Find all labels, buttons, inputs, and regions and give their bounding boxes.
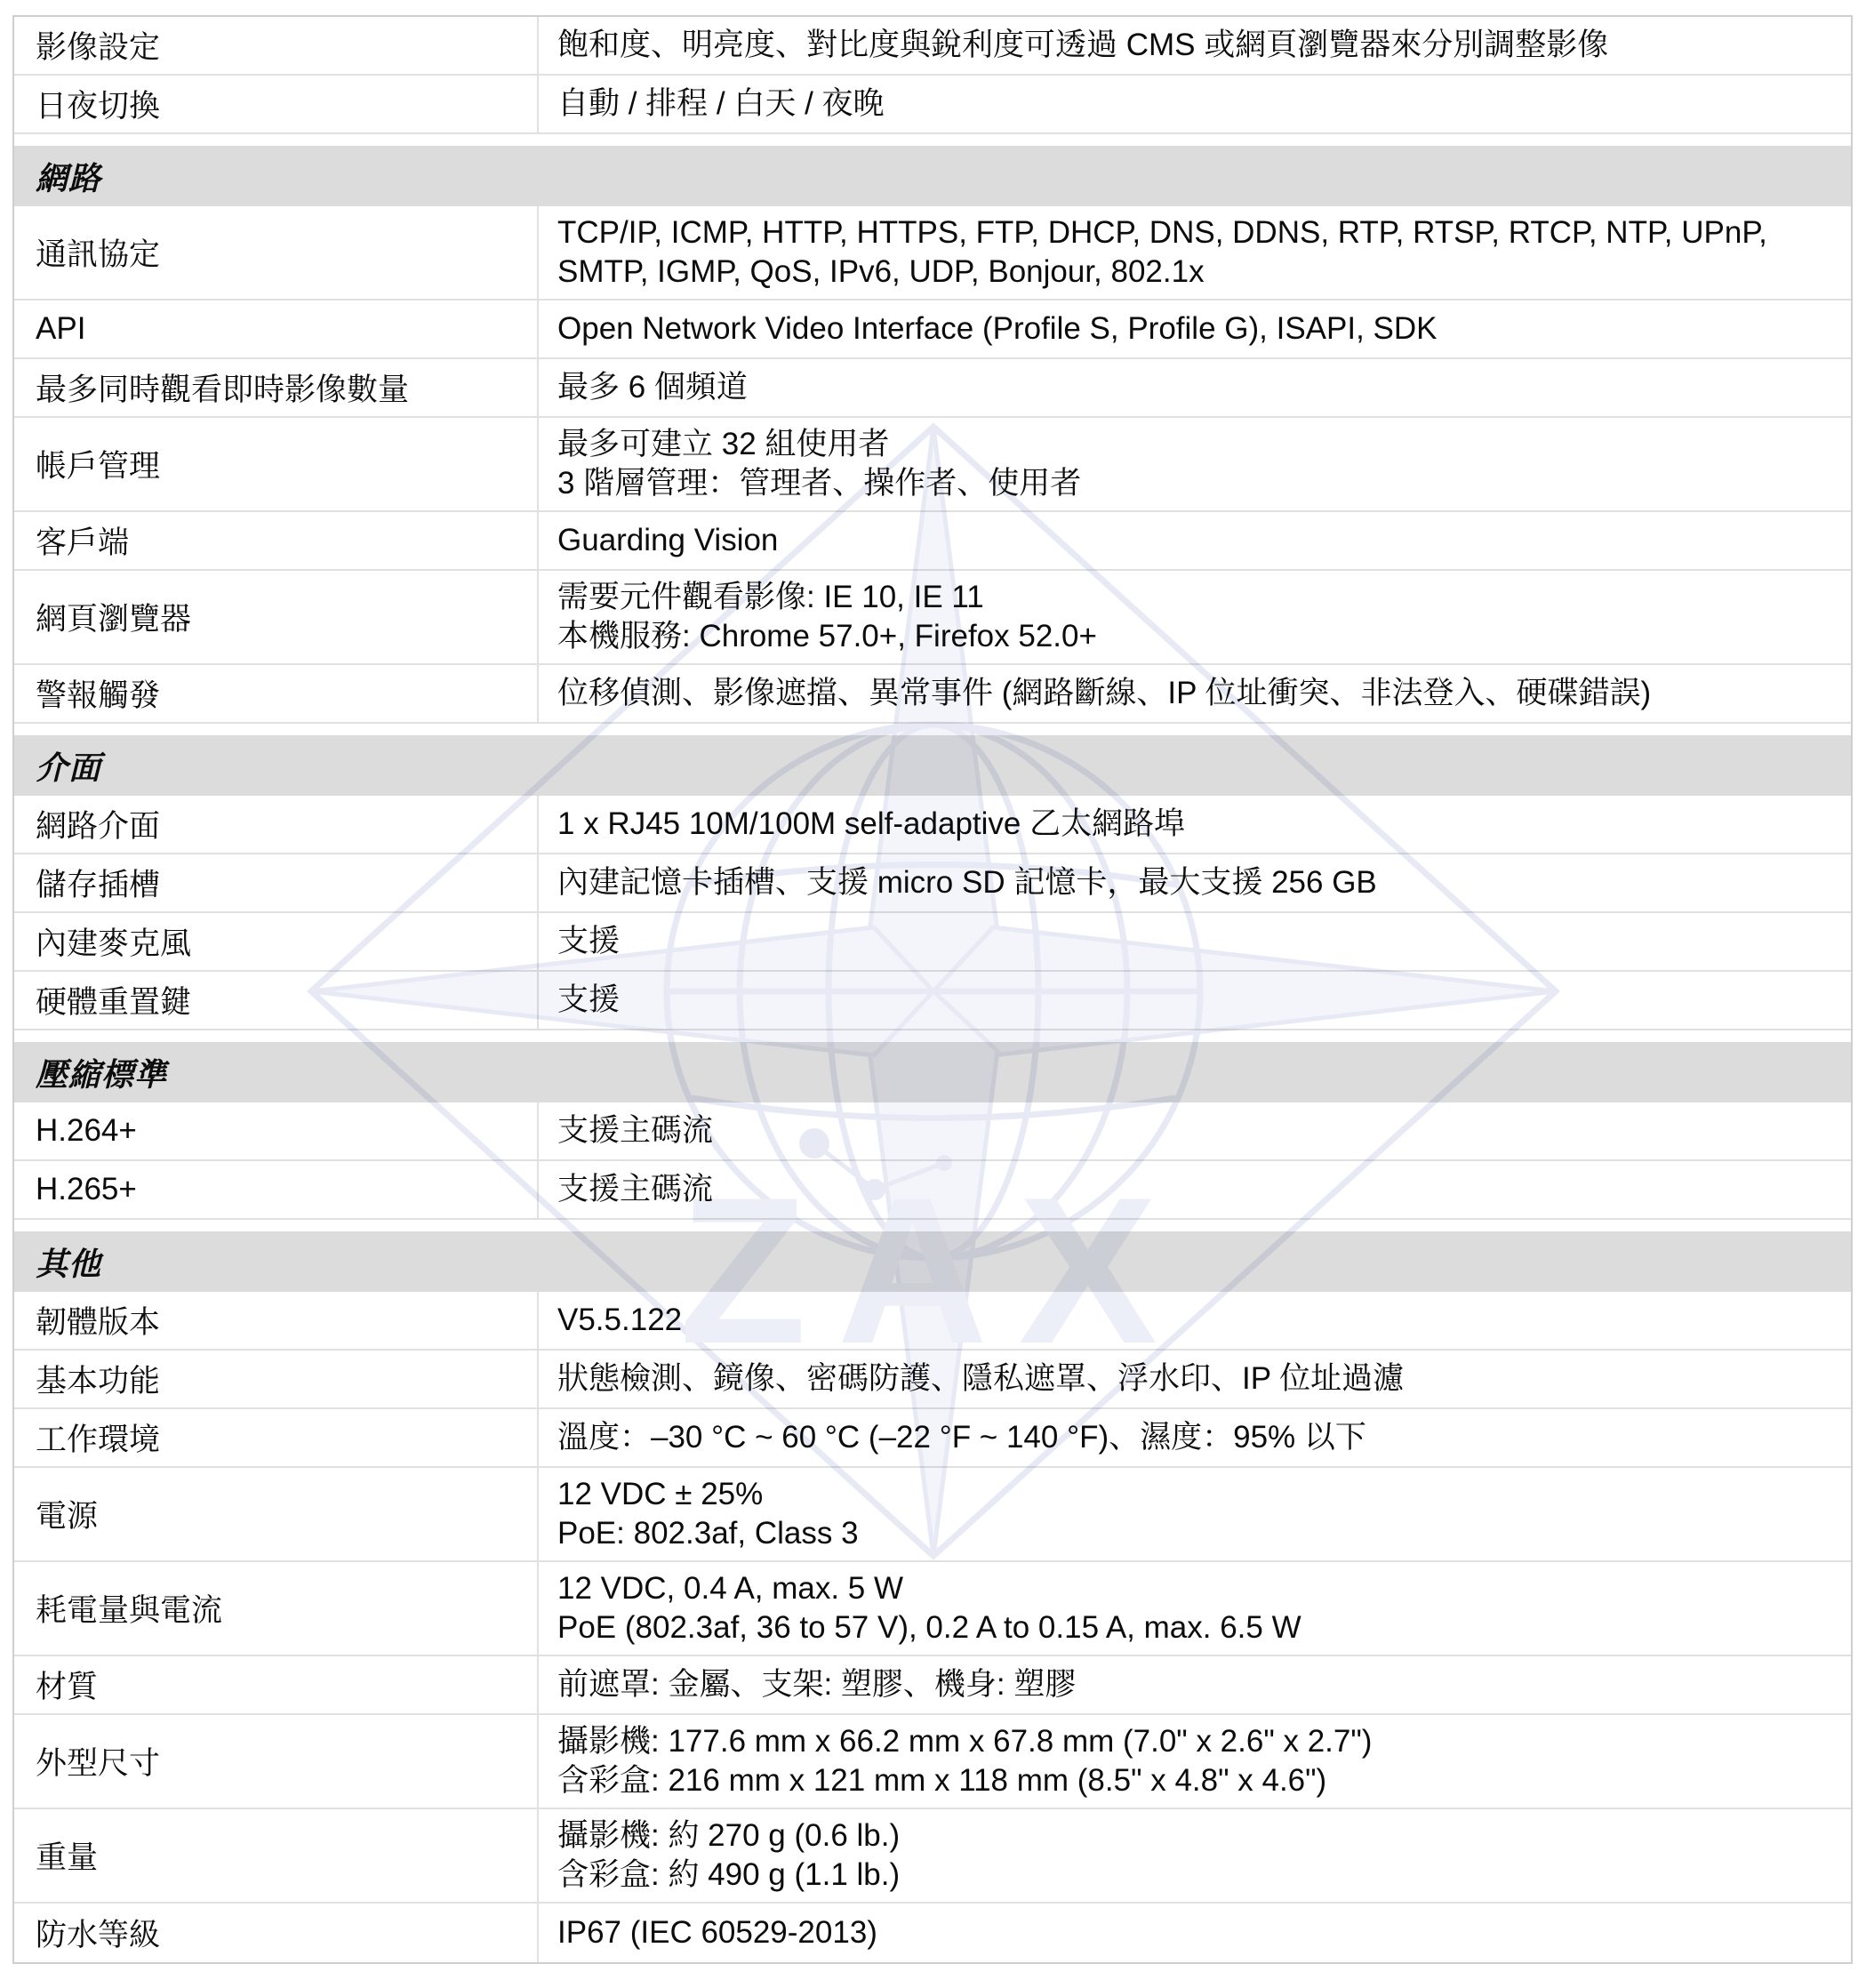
spec-value-line: 最多可建立 32 組使用者 [557, 425, 1851, 464]
spec-value-line: 12 VDC, 0.4 A, max. 5 W [557, 1569, 1851, 1608]
spec-value: 狀態檢測、鏡像、密碼防護、隱私遮罩、浮水印、IP 位址過濾 [539, 1351, 1851, 1407]
spec-value: Open Network Video Interface (Profile S,… [539, 301, 1851, 357]
table-row: APIOpen Network Video Interface (Profile… [14, 301, 1851, 359]
spec-value-line: 最多 6 個頻道 [557, 368, 1851, 407]
spec-label: 防水等級 [14, 1904, 539, 1962]
table-row: 耗電量與電流12 VDC, 0.4 A, max. 5 WPoE (802.3a… [14, 1562, 1851, 1656]
spec-value: 溫度：–30 °C ~ 60 °C (–22 °F ~ 140 °F)、濕度：9… [539, 1409, 1851, 1466]
table-row: 電源12 VDC ± 25%PoE: 802.3af, Class 3 [14, 1468, 1851, 1562]
table-row: 重量攝影機: 約 270 g (0.6 lb.)含彩盒: 約 490 g (1.… [14, 1809, 1851, 1904]
spec-label: 韌體版本 [14, 1292, 539, 1349]
spec-value: 攝影機: 177.6 mm x 66.2 mm x 67.8 mm (7.0" … [539, 1715, 1851, 1808]
table-row: 防水等級IP67 (IEC 60529-2013) [14, 1904, 1851, 1962]
spec-value-line: 12 VDC ± 25% [557, 1475, 1851, 1514]
spec-table: 影像設定飽和度、明亮度、對比度與銳利度可透過 CMS 或網頁瀏覽器來分別調整影像… [12, 15, 1853, 1964]
spec-value: IP67 (IEC 60529-2013) [539, 1904, 1851, 1962]
table-row: 帳戶管理最多可建立 32 組使用者3 階層管理：管理者、操作者、使用者 [14, 418, 1851, 512]
spec-value-line: PoE (802.3af, 36 to 57 V), 0.2 A to 0.15… [557, 1608, 1851, 1647]
section-header: 網路 [14, 146, 1851, 206]
table-row: 內建麥克風支援 [14, 913, 1851, 972]
spec-label: 電源 [14, 1468, 539, 1560]
spec-label: 硬體重置鍵 [14, 972, 539, 1029]
spec-value: 支援主碼流 [539, 1161, 1851, 1218]
spec-label: 網路介面 [14, 796, 539, 853]
spec-value-line: 支援主碼流 [557, 1170, 1851, 1209]
spec-value-line: 含彩盒: 約 490 g (1.1 lb.) [557, 1856, 1851, 1895]
spec-value: Guarding Vision [539, 512, 1851, 569]
table-row: 日夜切換自動 / 排程 / 白天 / 夜晚 [14, 76, 1851, 134]
spec-value: 攝影機: 約 270 g (0.6 lb.)含彩盒: 約 490 g (1.1 … [539, 1809, 1851, 1902]
spec-value: 位移偵測、影像遮擋、異常事件 (網路斷線、IP 位址衝突、非法登入、硬碟錯誤) [539, 665, 1851, 722]
spec-value: 內建記憶卡插槽、支援 micro SD 記憶卡，最大支援 256 GB [539, 854, 1851, 911]
spec-value-line: 位移偵測、影像遮擋、異常事件 (網路斷線、IP 位址衝突、非法登入、硬碟錯誤) [557, 674, 1851, 713]
spec-value-line: 飽和度、明亮度、對比度與銳利度可透過 CMS 或網頁瀏覽器來分別調整影像 [557, 26, 1851, 65]
spec-value-line: 支援主碼流 [557, 1111, 1851, 1150]
table-row: 網頁瀏覽器需要元件觀看影像: IE 10, IE 11本機服務: Chrome … [14, 571, 1851, 665]
table-row: 警報觸發位移偵測、影像遮擋、異常事件 (網路斷線、IP 位址衝突、非法登入、硬碟… [14, 665, 1851, 724]
spec-label: 通訊協定 [14, 206, 539, 299]
spec-label: 基本功能 [14, 1351, 539, 1407]
spec-label: H.264+ [14, 1102, 539, 1159]
spec-label: 耗電量與電流 [14, 1562, 539, 1655]
spec-value: 飽和度、明亮度、對比度與銳利度可透過 CMS 或網頁瀏覽器來分別調整影像 [539, 17, 1851, 74]
table-row: 客戶端Guarding Vision [14, 512, 1851, 571]
spec-label: 工作環境 [14, 1409, 539, 1466]
spec-value: 最多可建立 32 組使用者3 階層管理：管理者、操作者、使用者 [539, 418, 1851, 510]
spec-value-line: PoE: 802.3af, Class 3 [557, 1514, 1851, 1553]
spec-label: 重量 [14, 1809, 539, 1902]
spec-label: 網頁瀏覽器 [14, 571, 539, 663]
spec-label: 帳戶管理 [14, 418, 539, 510]
spec-value-line: 本機服務: Chrome 57.0+, Firefox 52.0+ [557, 617, 1851, 656]
section-header: 壓縮標準 [14, 1042, 1851, 1102]
spec-value-line: 前遮罩: 金屬、支架: 塑膠、機身: 塑膠 [557, 1665, 1851, 1704]
spec-value-line: 3 階層管理：管理者、操作者、使用者 [557, 464, 1851, 503]
spec-value-line: 支援 [557, 922, 1851, 961]
spec-value: 前遮罩: 金屬、支架: 塑膠、機身: 塑膠 [539, 1656, 1851, 1713]
table-row: 基本功能狀態檢測、鏡像、密碼防護、隱私遮罩、浮水印、IP 位址過濾 [14, 1351, 1851, 1409]
spec-value-line: SMTP, IGMP, QoS, IPv6, UDP, Bonjour, 802… [557, 253, 1851, 292]
spec-value: V5.5.122 [539, 1292, 1851, 1349]
table-row: 影像設定飽和度、明亮度、對比度與銳利度可透過 CMS 或網頁瀏覽器來分別調整影像 [14, 17, 1851, 76]
section-header: 介面 [14, 735, 1851, 796]
spec-value: TCP/IP, ICMP, HTTP, HTTPS, FTP, DHCP, DN… [539, 206, 1851, 299]
spec-value-line: 支援 [557, 981, 1851, 1020]
table-row: 工作環境溫度：–30 °C ~ 60 °C (–22 °F ~ 140 °F)、… [14, 1409, 1851, 1468]
spec-value: 支援 [539, 972, 1851, 1029]
spec-value-line: 內建記憶卡插槽、支援 micro SD 記憶卡，最大支援 256 GB [557, 863, 1851, 902]
table-row: H.265+支援主碼流 [14, 1161, 1851, 1220]
spec-value: 12 VDC ± 25%PoE: 802.3af, Class 3 [539, 1468, 1851, 1560]
spec-label: API [14, 301, 539, 357]
spec-label: 內建麥克風 [14, 913, 539, 970]
table-row: H.264+支援主碼流 [14, 1102, 1851, 1161]
spec-value-line: IP67 (IEC 60529-2013) [557, 1913, 1851, 1952]
spec-value-line: 需要元件觀看影像: IE 10, IE 11 [557, 578, 1851, 617]
table-row: 外型尺寸攝影機: 177.6 mm x 66.2 mm x 67.8 mm (7… [14, 1715, 1851, 1809]
spec-value-line: 含彩盒: 216 mm x 121 mm x 118 mm (8.5" x 4.… [557, 1761, 1851, 1800]
table-row: 硬體重置鍵支援 [14, 972, 1851, 1030]
spec-label: 儲存插槽 [14, 854, 539, 911]
section-header: 其他 [14, 1231, 1851, 1292]
spec-value: 支援主碼流 [539, 1102, 1851, 1159]
table-row: 網路介面1 x RJ45 10M/100M self-adaptive 乙太網路… [14, 796, 1851, 854]
table-row: 材質前遮罩: 金屬、支架: 塑膠、機身: 塑膠 [14, 1656, 1851, 1715]
spec-value-line: Guarding Vision [557, 521, 1851, 560]
spec-value: 1 x RJ45 10M/100M self-adaptive 乙太網路埠 [539, 796, 1851, 853]
table-row: 最多同時觀看即時影像數量最多 6 個頻道 [14, 359, 1851, 418]
spec-value-line: 1 x RJ45 10M/100M self-adaptive 乙太網路埠 [557, 805, 1851, 844]
spec-value: 最多 6 個頻道 [539, 359, 1851, 416]
spec-value-line: Open Network Video Interface (Profile S,… [557, 309, 1851, 349]
spec-label: 最多同時觀看即時影像數量 [14, 359, 539, 416]
spec-value: 12 VDC, 0.4 A, max. 5 WPoE (802.3af, 36 … [539, 1562, 1851, 1655]
spec-value-line: TCP/IP, ICMP, HTTP, HTTPS, FTP, DHCP, DN… [557, 213, 1851, 253]
table-row: 韌體版本V5.5.122 [14, 1292, 1851, 1351]
spec-value-line: 狀態檢測、鏡像、密碼防護、隱私遮罩、浮水印、IP 位址過濾 [557, 1359, 1851, 1399]
spec-value-line: 自動 / 排程 / 白天 / 夜晚 [557, 84, 1851, 124]
spec-value: 支援 [539, 913, 1851, 970]
table-row: 通訊協定TCP/IP, ICMP, HTTP, HTTPS, FTP, DHCP… [14, 206, 1851, 301]
spec-value: 需要元件觀看影像: IE 10, IE 11本機服務: Chrome 57.0+… [539, 571, 1851, 663]
spec-label: 日夜切換 [14, 76, 539, 132]
spec-value: 自動 / 排程 / 白天 / 夜晚 [539, 76, 1851, 132]
spec-label: 影像設定 [14, 17, 539, 74]
spec-value-line: 溫度：–30 °C ~ 60 °C (–22 °F ~ 140 °F)、濕度：9… [557, 1418, 1851, 1457]
spec-label: 材質 [14, 1656, 539, 1713]
spec-value-line: V5.5.122 [557, 1301, 1851, 1340]
spec-label: 外型尺寸 [14, 1715, 539, 1808]
spec-value-line: 攝影機: 約 270 g (0.6 lb.) [557, 1816, 1851, 1856]
table-row: 儲存插槽內建記憶卡插槽、支援 micro SD 記憶卡，最大支援 256 GB [14, 854, 1851, 913]
spec-label: 客戶端 [14, 512, 539, 569]
spec-label: H.265+ [14, 1161, 539, 1218]
spec-label: 警報觸發 [14, 665, 539, 722]
spec-value-line: 攝影機: 177.6 mm x 66.2 mm x 67.8 mm (7.0" … [557, 1722, 1851, 1761]
